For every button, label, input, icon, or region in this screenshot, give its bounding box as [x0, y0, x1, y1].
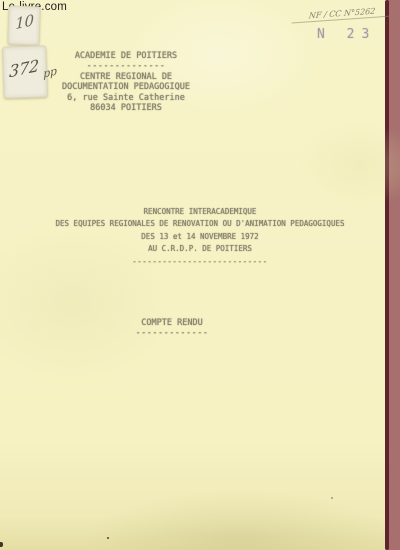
cover-edge-line	[385, 0, 389, 550]
pages-handwritten-number: 372	[9, 56, 40, 82]
title-separator: ---------------------------	[36, 256, 364, 268]
academy-name: ACADEMIE DE POITIERS	[58, 51, 194, 61]
publisher-address-block: ACADEMIE DE POITIERS -------------- CENT…	[58, 51, 194, 113]
subtitle-text: COMPTE RENDU	[97, 318, 247, 328]
subtitle-block: COMPTE RENDU -------------	[97, 318, 247, 338]
title-line-2: DES EQUIPES REGIONALES DE RENOVATION OU …	[36, 218, 364, 230]
publisher-line-2: DOCUMENTATION PEDAGOGIQUE	[58, 82, 194, 92]
paper-edge-mark	[0, 542, 3, 547]
stamp-number: N 23	[317, 27, 376, 42]
paper-speck	[331, 497, 333, 499]
publisher-street: 6, rue Sainte Catherine	[58, 93, 194, 103]
library-sticker-top: 10	[7, 5, 40, 45]
paper-speck	[107, 537, 109, 539]
main-title-block: RENCONTRE INTERACADEMIQUE DES EQUIPES RE…	[36, 206, 364, 268]
subtitle-separator: -------------	[97, 328, 247, 338]
scanned-book-cover: Le-livre.com 10 372 pp NF / CC N°5262 N …	[0, 0, 400, 550]
publisher-line-1: CENTRE REGIONAL DE	[58, 72, 194, 82]
title-date-line: DES 13 et 14 NOVEMBRE 1972	[36, 231, 364, 243]
title-location-line: AU C.R.D.P. DE POITIERS	[36, 243, 364, 255]
sticker-handwritten-number: 10	[15, 11, 34, 33]
publisher-separator: --------------	[58, 61, 194, 71]
publisher-city: 86034 POITIERS	[58, 103, 194, 113]
title-line-1: RENCONTRE INTERACADEMIQUE	[36, 206, 364, 218]
library-sticker-pages: 372	[2, 45, 48, 99]
